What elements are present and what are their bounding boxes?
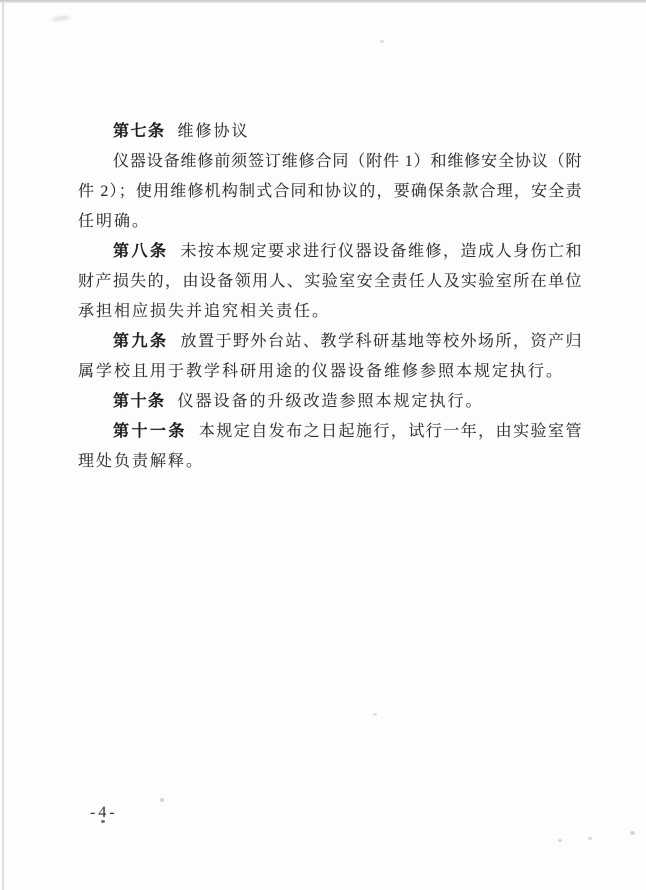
scan-speck [558,839,562,842]
line-text: 未按本规定要求进行仪器设备维修，造成人身伤亡和 [181,243,582,260]
article-7-heading-line: 第七条维修协议 [78,117,582,147]
article-9-number: 第九条 [113,333,169,350]
scanned-document-page: 第七条维修协议 仪器设备维修前须签订维修合同（附件 1）和维修安全协议（附 件 … [0,0,646,890]
scan-smudge [52,15,71,22]
line-text: 理处负责解释。 [78,453,204,470]
scan-speck [588,837,592,840]
article-7-number: 第七条 [113,123,166,140]
scan-edge-top [0,0,646,3]
line-text: 属学校且用于教学科研用途的仪器设备维修参照本规定执行。 [78,363,564,380]
article-8-number: 第八条 [113,243,169,260]
article-10-heading-line: 第十条仪器设备的升级改造参照本规定执行。 [78,387,582,417]
line-text: 仪器设备维修前须签订维修合同（附件 1）和维修安全协议（附 [113,153,582,170]
line-text: 仪器设备的升级改造参照本规定执行。 [178,393,484,410]
scan-edge-left [2,3,4,890]
scan-speck [160,798,164,802]
scan-speck [630,831,635,835]
article-11-heading-line: 第十一条本规定自发布之日起施行，试行一年，由实验室管 [78,417,582,447]
article-8-heading-line: 第八条未按本规定要求进行仪器设备维修，造成人身伤亡和 [78,237,582,267]
line-text: 任明确。 [78,213,150,230]
line-text: 件 2）；使用维修机构制式合同和协议的，要确保条款合理，安全责 [78,183,582,200]
line-text: 承担相应损失并追究相关责任。 [78,303,330,320]
document-line: 承担相应损失并追究相关责任。 [78,297,582,327]
article-9-heading-line: 第九条放置于野外台站、教学科研基地等校外场所，资产归 [78,327,582,357]
article-10-number: 第十条 [113,393,166,410]
document-line: 件 2）；使用维修机构制式合同和协议的，要确保条款合理，安全责 [78,177,582,207]
line-text: 本规定自发布之日起施行，试行一年，由实验室管 [199,423,582,440]
line-text: 财产损失的，由设备领用人、实验室安全责任人及实验室所在单位 [78,273,582,290]
scan-speck [380,40,384,43]
line-text: 维修协议 [178,123,250,140]
document-text-block: 第七条维修协议 仪器设备维修前须签订维修合同（附件 1）和维修安全协议（附 件 … [78,117,582,477]
document-line: 理处负责解释。 [78,447,582,477]
document-line: 仪器设备维修前须签订维修合同（附件 1）和维修安全协议（附 [78,147,582,177]
document-line: 属学校且用于教学科研用途的仪器设备维修参照本规定执行。 [78,357,582,387]
document-line: 任明确。 [78,207,582,237]
scan-speck [373,713,377,716]
page-number: -4- [90,804,118,822]
line-text: 放置于野外台站、教学科研基地等校外场所，资产归 [181,333,582,350]
article-11-number: 第十一条 [113,423,187,440]
document-line: 财产损失的，由设备领用人、实验室安全责任人及实验室所在单位 [78,267,582,297]
